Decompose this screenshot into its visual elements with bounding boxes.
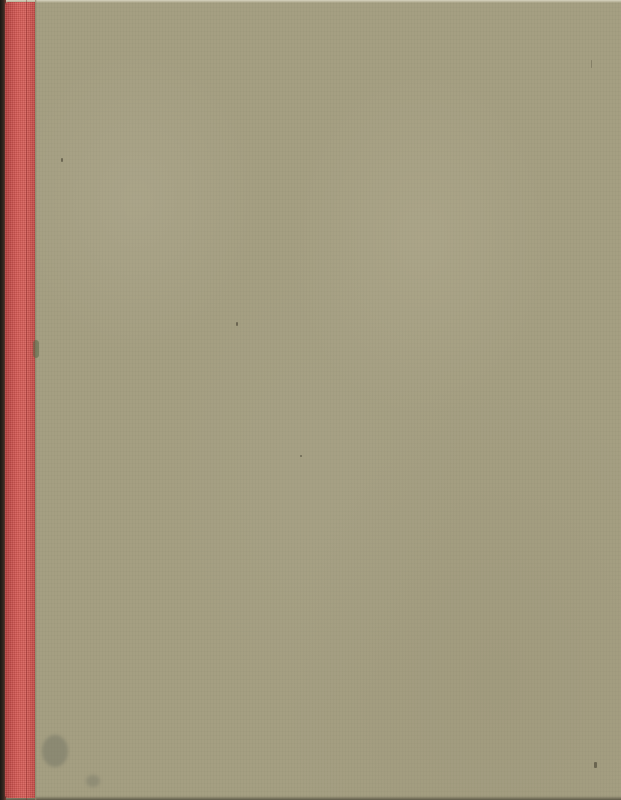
speck-mark [591, 60, 592, 68]
bottom-edge [0, 796, 621, 800]
red-cloth-spine [5, 2, 35, 798]
stain-mark [42, 735, 68, 767]
scanned-page [0, 0, 621, 800]
speck-mark [594, 762, 597, 768]
spine-crease [26, 0, 27, 800]
speck-mark [61, 158, 63, 162]
cover-board [0, 0, 621, 800]
speck-mark [300, 455, 302, 457]
spine-dent-mark [33, 340, 39, 358]
spine-board-edge [35, 0, 37, 800]
top-edge [0, 0, 621, 3]
speck-mark [236, 322, 238, 326]
stain-mark [86, 775, 100, 787]
